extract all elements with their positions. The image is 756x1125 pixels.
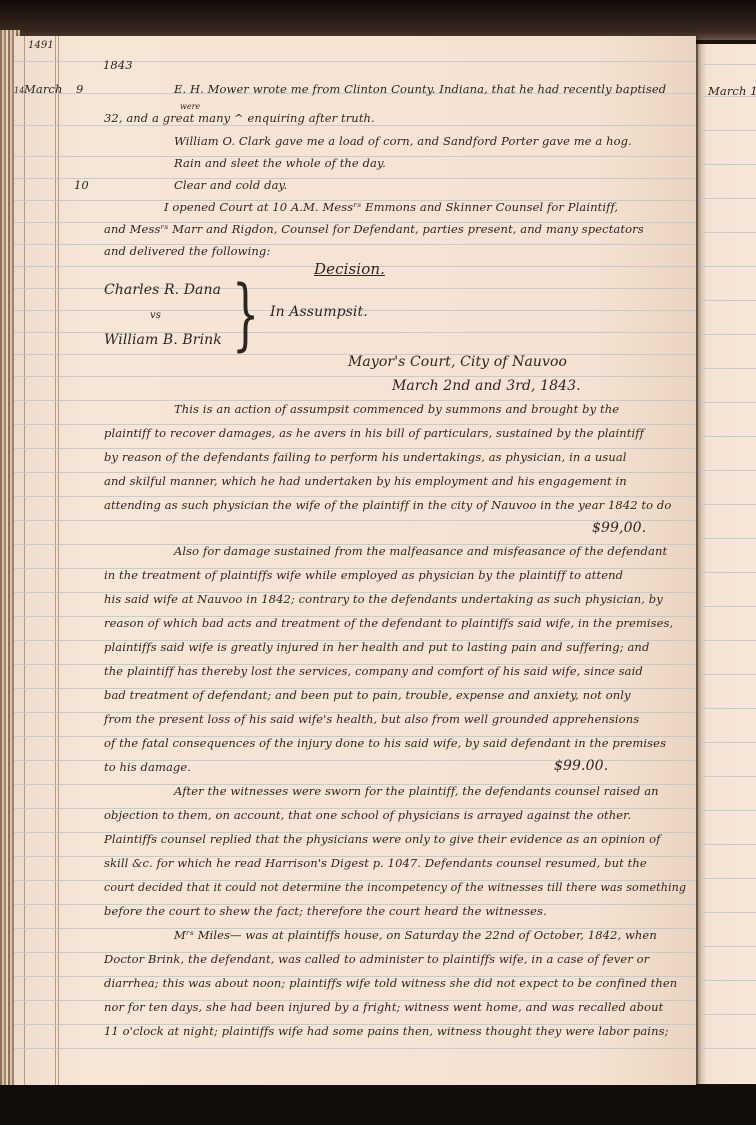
paragraph-line: reason of which bad acts and treatment o… xyxy=(104,616,673,630)
entry-line: I opened Court at 10 A.M. Messʳˢ Emmons … xyxy=(164,200,618,214)
court-name: Mayor's Court, City of Nauvoo xyxy=(348,354,567,370)
right-margin-date: March 1 xyxy=(708,84,756,98)
page-number: 1491 xyxy=(28,40,54,51)
paragraph-line: 11 o'clock at night; plaintiffs wife had… xyxy=(104,1024,669,1038)
book-top-shadow xyxy=(0,0,756,40)
right-page: March 1 xyxy=(696,44,756,1084)
entry-line: and delivered the following: xyxy=(104,244,270,258)
paragraph-line: from the present loss of his said wife's… xyxy=(104,712,639,726)
paragraph-line: and skilful manner, which he had underta… xyxy=(104,474,627,488)
margin-note: 14 xyxy=(14,86,24,95)
decision-heading: Decision. xyxy=(314,260,385,278)
paragraph-line: plaintiff to recover damages, as he aver… xyxy=(104,426,644,440)
plaintiff-name: Charles R. Dana xyxy=(104,282,221,298)
paragraph-line: plaintiffs said wife is greatly injured … xyxy=(104,640,649,654)
date-month: March xyxy=(24,82,62,96)
paragraph-line: Plaintiffs counsel replied that the phys… xyxy=(104,832,660,846)
court-dates: March 2nd and 3rd, 1843. xyxy=(392,378,581,394)
interlinear-insertion: were xyxy=(180,102,200,111)
paragraph-line: objection to them, on account, that one … xyxy=(104,808,631,822)
paragraph-line: bad treatment of defendant; and been put… xyxy=(104,688,631,702)
year-heading: 1843 xyxy=(103,58,133,72)
date-day-10: 10 xyxy=(74,178,89,192)
entry-line: Clear and cold day. xyxy=(174,178,287,192)
paragraph-line: to his damage. xyxy=(104,760,191,774)
bracket-brace: } xyxy=(232,276,259,354)
paragraph-line: Mʳˢ Miles— was at plaintiffs house, on S… xyxy=(174,928,657,942)
paragraph-line: in the treatment of plaintiffs wife whil… xyxy=(104,568,623,582)
entry-line: 32, and a great many ^ enquiring after t… xyxy=(104,111,375,125)
paragraph-line: nor for ten days, she had been injured b… xyxy=(104,1000,663,1014)
paragraph-line: attending as such physician the wife of … xyxy=(104,498,671,512)
paragraph-line: This is an action of assumpsit commenced… xyxy=(174,402,619,416)
action-type: In Assumpsit. xyxy=(270,304,368,320)
paragraph-line: diarrhea; this was about noon; plaintiff… xyxy=(104,976,677,990)
paragraph-line: skill &c. for which he read Harrison's D… xyxy=(104,856,647,870)
versus: vs xyxy=(150,310,161,321)
paragraph-line: by reason of the defendants failing to p… xyxy=(104,450,627,464)
paragraph-line: After the witnesses were sworn for the p… xyxy=(174,784,659,798)
paragraph-line: his said wife at Nauvoo in 1842; contrar… xyxy=(104,592,663,606)
entry-line: E. H. Mower wrote me from Clinton County… xyxy=(174,82,666,96)
paragraph-line: before the court to shew the fact; there… xyxy=(104,904,547,918)
entry-line: Rain and sleet the whole of the day. xyxy=(174,156,386,170)
book-bottom-shadow xyxy=(0,1085,756,1125)
paragraph-line: the plaintiff has thereby lost the servi… xyxy=(104,664,643,678)
paragraph-line: of the fatal consequences of the injury … xyxy=(104,736,666,750)
entry-line: William O. Clark gave me a load of corn,… xyxy=(174,134,632,148)
defendant-name: William B. Brink xyxy=(104,332,222,348)
date-day-9: 9 xyxy=(76,82,83,96)
damage-amount: $99.00. xyxy=(554,758,608,774)
damage-amount: $99,00. xyxy=(592,520,646,536)
paragraph-line: court decided that it could not determin… xyxy=(104,880,686,894)
paragraph-line: Also for damage sustained from the malfe… xyxy=(174,544,667,558)
left-page: 1491 14 1843 March 9 E. H. Mower wrote m… xyxy=(14,36,696,1086)
entry-line: and Messʳˢ Marr and Rigdon, Counsel for … xyxy=(104,222,644,236)
paragraph-line: Doctor Brink, the defendant, was called … xyxy=(104,952,649,966)
